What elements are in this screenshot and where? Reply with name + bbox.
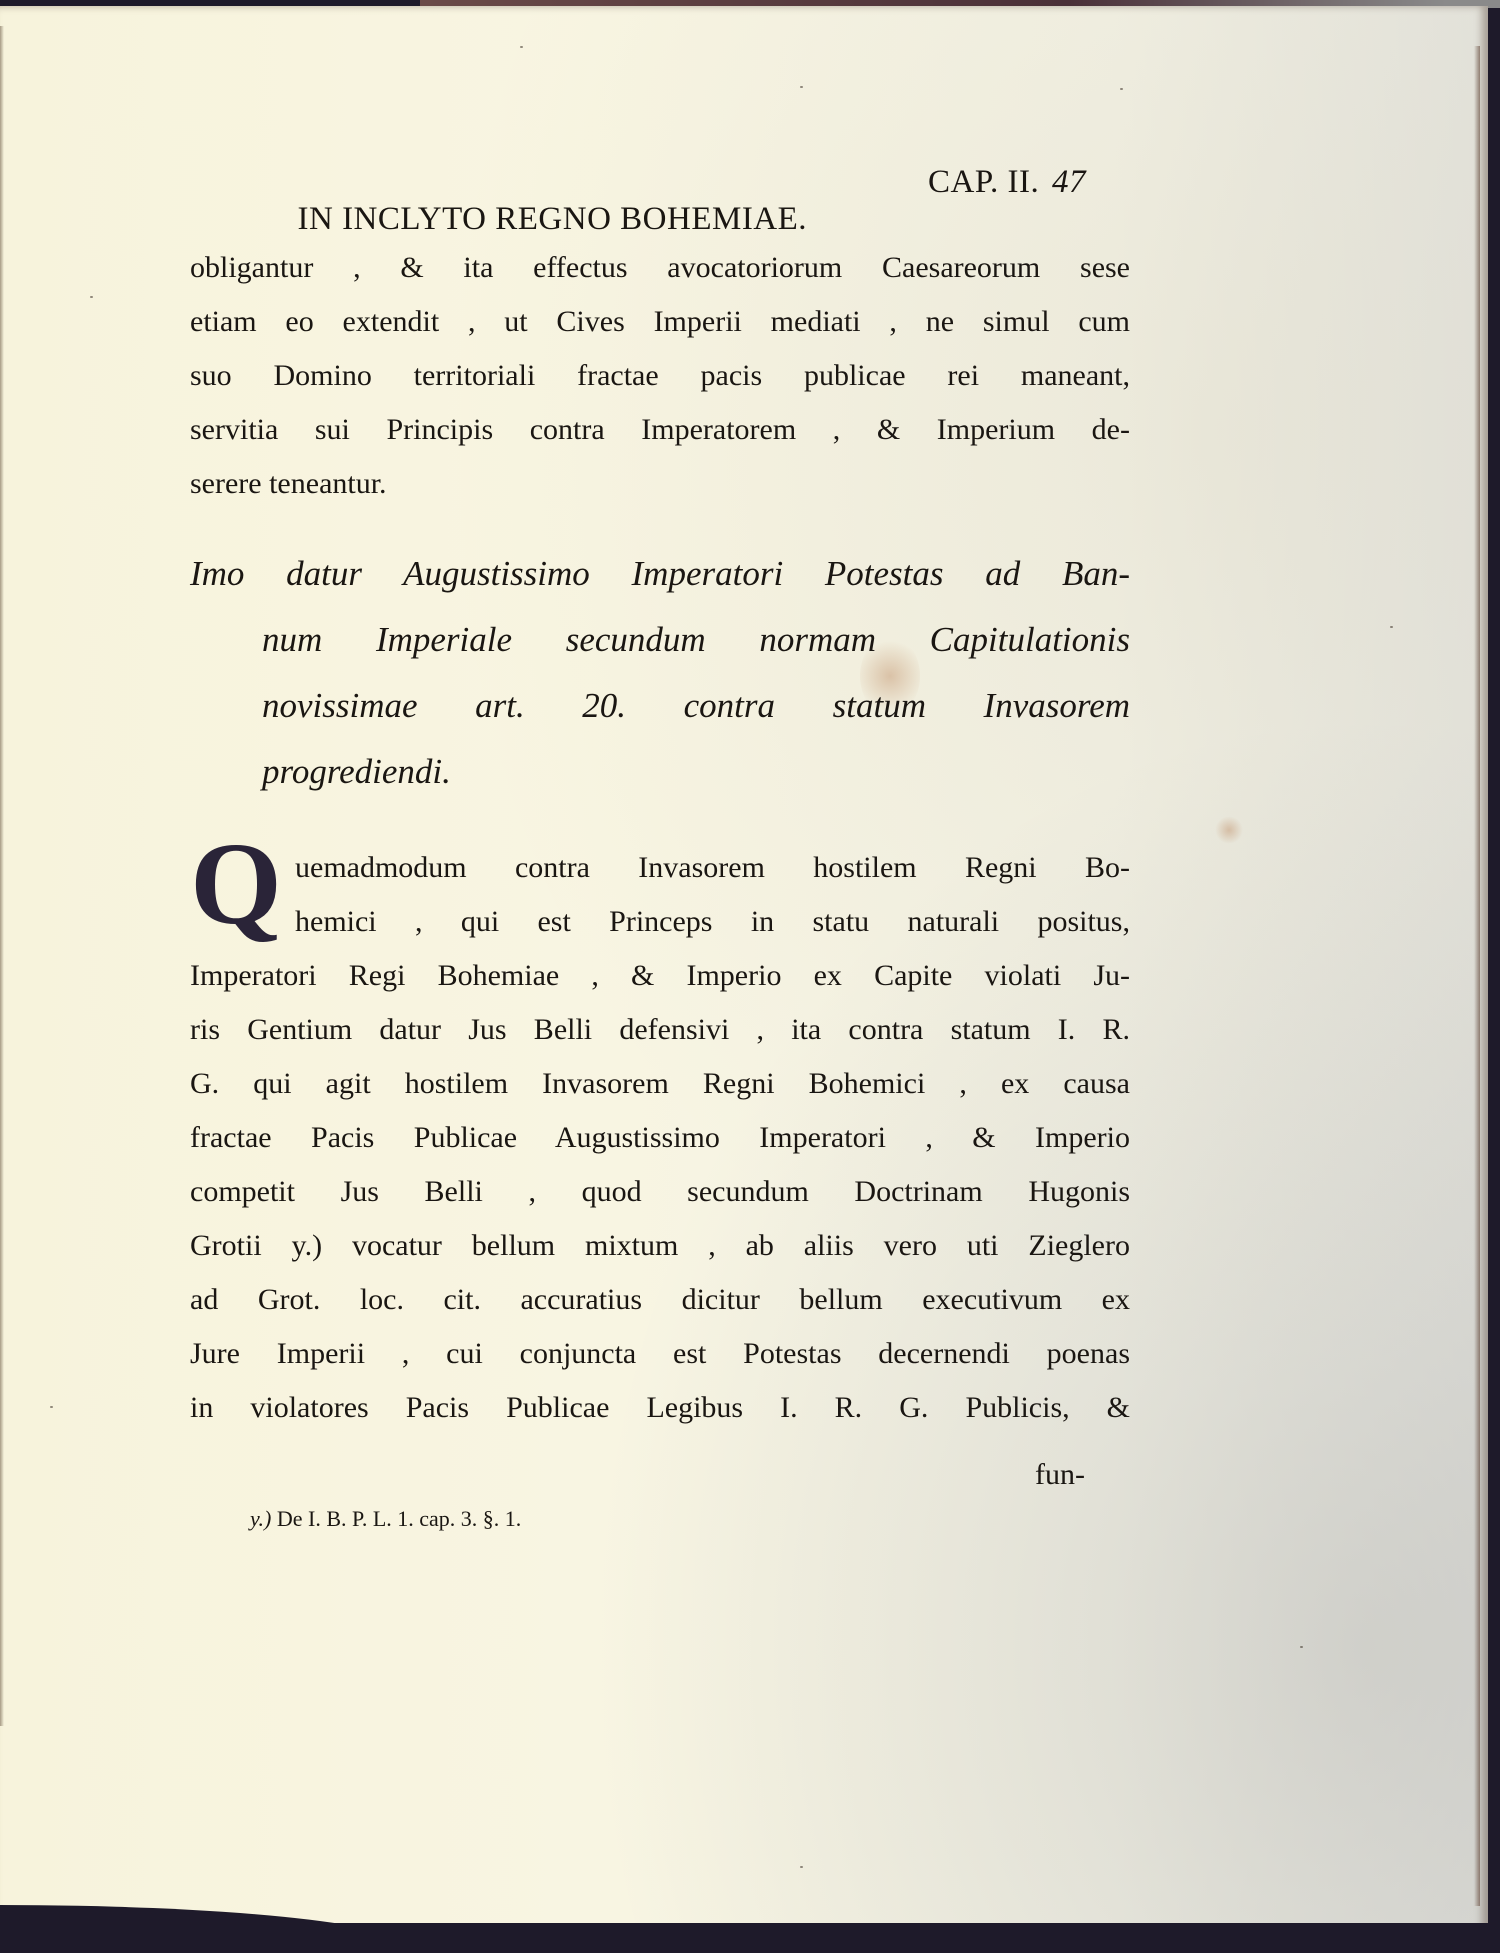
text-line: hemici , qui est Princeps in statu natur… [295,895,1130,949]
heading-line: Imo datur Augustissimo Imperatori Potest… [190,554,1130,594]
paper-speck [800,86,803,88]
running-head-chapter: CAP. II. [928,164,1039,201]
text-line: Imperatori Regi Bohemiae , & Imperio ex … [190,949,1130,1003]
paper-speck [90,296,93,298]
text-line: obligantur , & ita effectus avocatorioru… [190,241,1130,295]
text-line: G. qui agit hostilem Invasorem Regni Boh… [190,1057,1130,1111]
text-line: etiam eo extendit , ut Cives Imperii med… [190,295,1130,349]
footnote: y.) De I. B. P. L. 1. cap. 3. §. 1. [250,1506,521,1532]
text-line: fractae Pacis Publicae Augustissimo Impe… [190,1111,1130,1165]
page-sheet: IN INCLYTO REGNO BOHEMIAE. CAP. II. 47 o… [0,6,1488,1936]
text-line: competit Jus Belli , quod secundum Doctr… [190,1165,1130,1219]
scan-background-bottom [0,1923,1500,1953]
heading-line: novissimae art. 20. contra statum Invaso… [262,686,1130,726]
scanned-book-page: IN INCLYTO REGNO BOHEMIAE. CAP. II. 47 o… [0,0,1500,1953]
catchword: fun- [1035,1458,1085,1492]
page-right-edge [1474,46,1480,1906]
paper-speck [1120,88,1123,90]
text-line: servitia sui Principis contra Imperatore… [190,403,1130,457]
text-line: Grotii y.) vocatur bellum mixtum , ab al… [190,1219,1130,1273]
paper-speck [1390,626,1393,628]
heading-line: progrediendi. [262,752,451,792]
footnote-text: De I. B. P. L. 1. cap. 3. §. 1. [277,1506,521,1531]
running-head-title: IN INCLYTO REGNO BOHEMIAE. [298,201,808,237]
drop-cap: Q [186,834,286,934]
text-line: uemadmodum contra Invasorem hostilem Reg… [295,841,1130,895]
paper-speck [520,46,523,48]
text-line: Jure Imperii , cui conjuncta est Potesta… [190,1327,1130,1381]
heading-line: num Imperiale secundum normam Capitulati… [262,620,1130,660]
footnote-marker: y.) [250,1506,271,1531]
page-number: 47 [1052,164,1086,201]
text-line: ad Grot. loc. cit. accuratius dicitur be… [190,1273,1130,1327]
paper-speck [1300,1646,1303,1648]
paper-speck [50,1406,53,1408]
text-line: suo Domino territoriali fractae pacis pu… [190,349,1130,403]
page-left-edge [0,26,4,1726]
text-line: serere teneantur. [190,457,1130,511]
paper-speck [800,1866,803,1868]
text-line: in violatores Pacis Publicae Legibus I. … [190,1381,1130,1435]
paper-stain [1215,816,1243,844]
text-line: ris Gentium datur Jus Belli defensivi , … [190,1003,1130,1057]
